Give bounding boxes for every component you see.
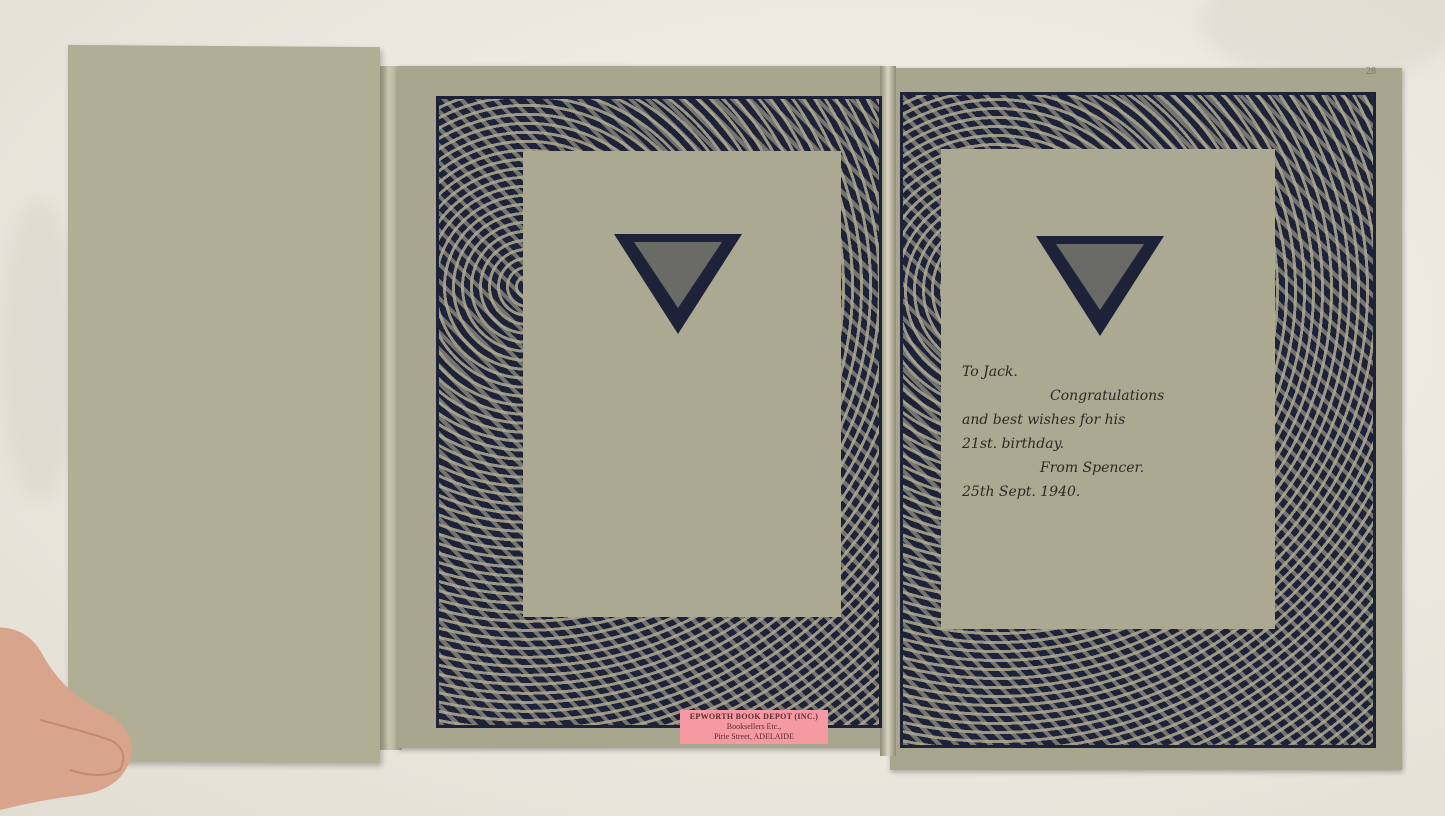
inscription-line: Congratulations [962,384,1252,408]
handwritten-inscription: To Jack. Congratulations and best wishes… [962,360,1252,504]
left-page-blank-panel [523,151,841,617]
sticker-line: EPWORTH BOOK DEPOT (INC.) [680,712,828,722]
triangle-mask-emblem-icon [1036,236,1164,336]
sticker-line: Pirie Street, ADELAIDE [680,732,828,742]
inscription-line: and best wishes for his [962,408,1252,432]
inscription-line: 25th Sept. 1940. [962,480,1252,504]
inscription-line: To Jack. [962,360,1252,384]
inscription-line: 21st. birthday. [962,432,1252,456]
page-number: 28 [1366,66,1376,77]
book-gutter [880,66,896,756]
bookseller-sticker: EPWORTH BOOK DEPOT (INC.) Booksellers Et… [680,710,828,744]
hand-holding-page [0,620,170,816]
triangle-mask-emblem-icon [614,234,742,334]
left-ornamental-border [436,96,882,728]
inscription-line: From Spencer. [962,456,1252,480]
sticker-line: Booksellers Etc., [680,722,828,732]
